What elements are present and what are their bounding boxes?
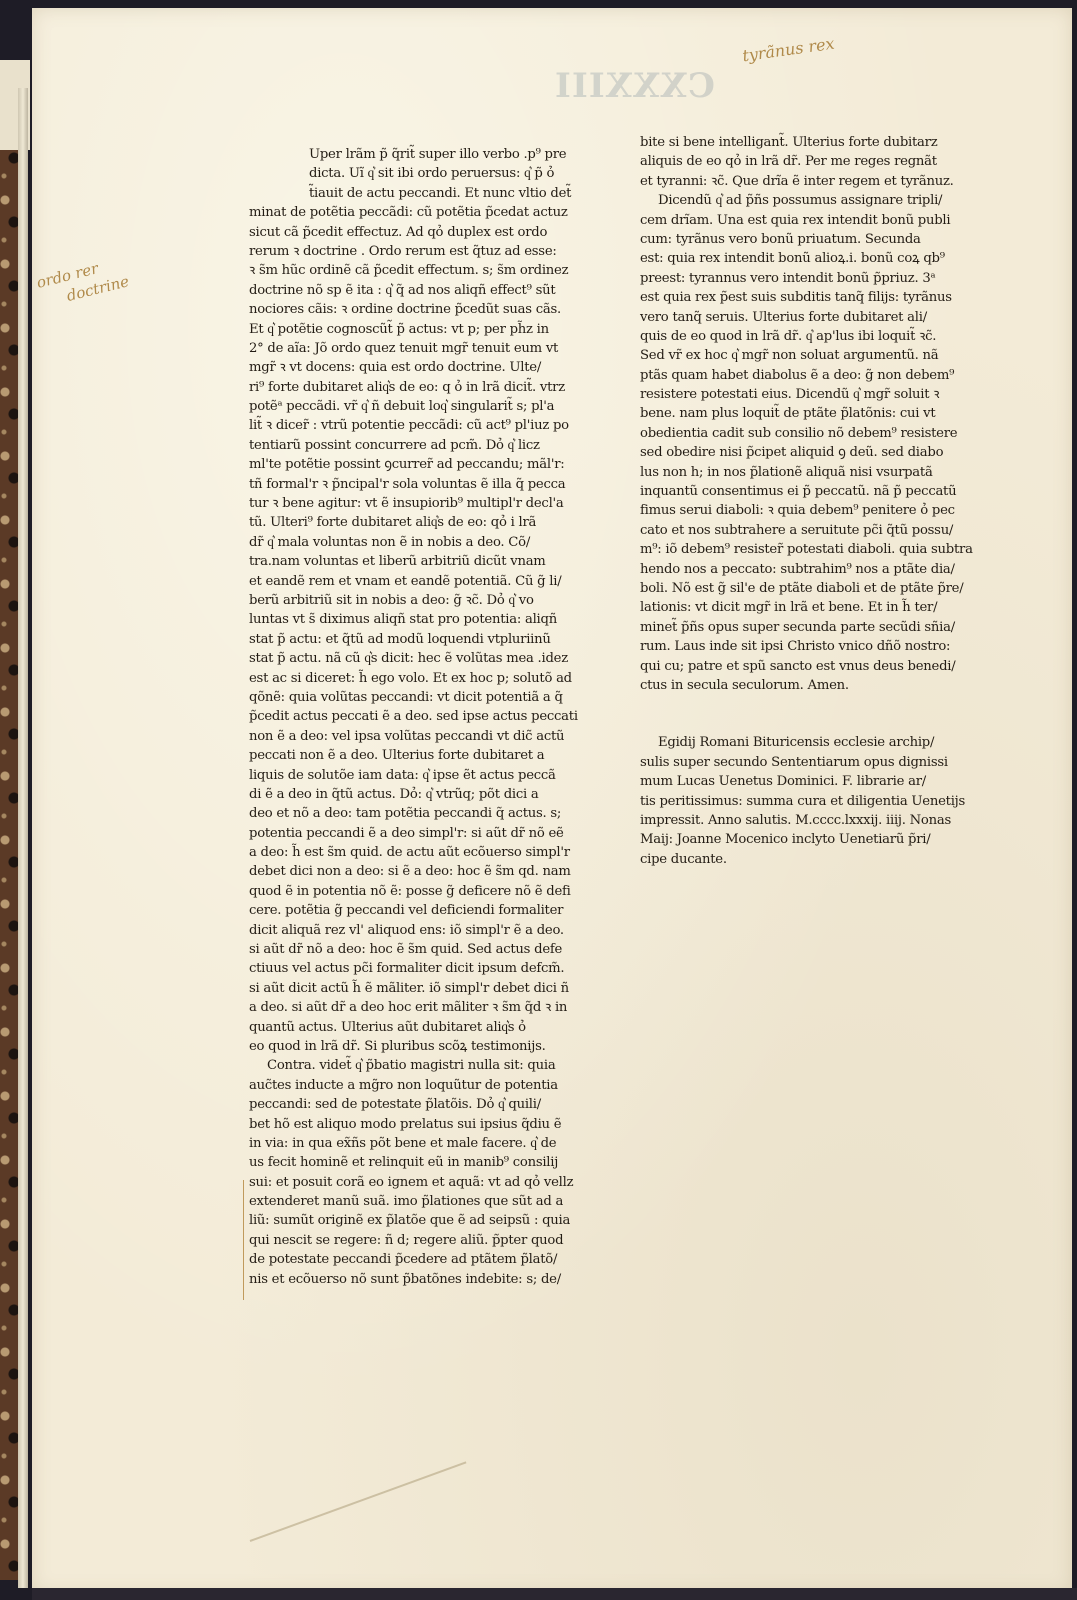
text-line: lit̃ ꝛ dicer̃ : vtrũ potentie peccãdi: c… [249,416,617,435]
text-line: et eandẽ rem et vnam et eandẽ potentiã. … [249,572,617,591]
text-line: ml'te potẽtie possint ꝯcurrer̃ ad peccan… [249,455,617,474]
text-line: dr̃ q͛ mala voluntas non ẽ in nobis a de… [249,533,617,552]
text-line: liquis de solutõe iam data: q͛ ipse ẽt a… [249,766,617,785]
text-line: ꝛ s̃m hũc ordinẽ cã p̃cedit effectum. s;… [249,261,617,280]
page-bottom-shadow [32,1588,1077,1600]
text-line: eo quod in lrã dr̃. Si pluribus scõꝝ tes… [249,1037,617,1056]
text-line: tũ. Ulteri⁹ forte dubitaret aliq͛s de eo… [249,513,617,532]
text-line: peccandi: sed de potestate p̃latõis. Dỏ … [249,1095,617,1114]
text-line: bite si bene intelligant̃. Ulterius fort… [640,133,1010,152]
text-line: resistere potestati eius. Dicendũ q͛ mgr… [640,385,1010,404]
text-column-left: Uper lrãm p̃ q̃rit̃ super illo verbo .p⁹… [249,145,617,1289]
text-line: stat p̃ actu. nã cũ q͛s dicit: hec ẽ vol… [249,649,617,668]
text-line: cipe ducante. [640,850,1010,869]
text-line: luntas vt s̃ diximus aliqñ stat pro pote… [249,610,617,629]
text-line: bene. nam plus loquit̃ de ptãte p̃latõni… [640,404,1010,423]
text-line: lationis: vt dicit mgr̃ in lrã et bene. … [640,598,1010,617]
text-line: Maij: Joanne Mocenico inclyto Uenetiarũ … [640,830,1010,849]
text-line: us fecit hominẽ et relinquit eũ in manib… [249,1153,617,1172]
text-line: di ẽ a deo in q̃tũ actus. Dỏ: q͛ vtrũq; … [249,785,617,804]
text-line: ctus in secula seculorum. Amen. [640,676,1010,695]
text-line: cem drĩam. Una est quia rex intendit bon… [640,211,1010,230]
text-line: vero tanq̃ seruis. Ulterius forte dubita… [640,308,1010,327]
text-line: deo et nõ a deo: tam potẽtia peccandi q̃… [249,804,617,823]
text-line: si aũt dicit actũ h̃ ẽ mãliter. iõ simpl… [249,979,617,998]
text-line: aliquis de eo qỏ in lrã dr̃. Per me rege… [640,152,1010,171]
text-line: dicit aliquã rez vl' aliquod ens: iõ sim… [249,921,617,940]
text-line: est ac si diceret: h̃ ego volo. Et ex ho… [249,669,617,688]
text-line: a deo. si aũt dr̃ a deo hoc erit mãliter… [249,998,617,1017]
text-line: qõnẽ: quia volũtas peccandi: vt dicit po… [249,688,617,707]
text-line: et tyranni: ꝛc̃. Que drĩa ẽ inter regem … [640,172,1010,191]
text-line: dicta. Uĩ q͛ sit ibi ordo peruersus: q͛ … [249,164,617,183]
text-line: Dicendũ q͛ ad p̃ñs possumus assignare tr… [640,191,1010,210]
text-line: rerum ꝛ doctrine . Ordo rerum est q̃tuz … [249,242,617,261]
text-line: cere. potẽtia g̃ peccandi vel deficiendi… [249,901,617,920]
text-line: boli. Nõ est g̃ sil'e de ptãte diaboli e… [640,579,1010,598]
text-line: stat p̃ actu: et q̃tũ ad modũ loquendi v… [249,630,617,649]
text-line: mum Lucas Uenetus Dominici. F. librarie … [640,772,1010,791]
text-line: qui cu; patre et spũ sancto est vnus deu… [640,657,1010,676]
text-line: minet̃ p̃ñs opus super secunda parte sec… [640,618,1010,637]
text-line: auc̃tes inducte a mg̃ro non loquũtur de … [249,1076,617,1095]
text-line: bet hõ est aliquo modo prelatus sui ipsi… [249,1115,617,1134]
text-line: tra.nam voluntas et liberũ arbitriũ dicũ… [249,552,617,571]
text-line: berũ arbitriũ sit in nobis a deo: g̃ ꝛc̃… [249,591,617,610]
text-line: Et q͛ potẽtie cognoscũt̃ p̃ actus: vt p;… [249,320,617,339]
right-column-body: bite si bene intelligant̃. Ulterius fort… [640,133,1010,695]
text-line: debet dici non a deo: si ẽ a deo: hoc ẽ … [249,862,617,881]
text-line: obedientia cadit sub consilio nõ debem⁹ … [640,424,1010,443]
text-line: preest: tyrannus vero intendit bonũ p̃pr… [640,269,1010,288]
text-line: p̃cedit actus peccati ẽ a deo. sed ipse … [249,707,617,726]
text-line: impressit. Anno salutis. M.cccc.lxxxij. … [640,811,1010,830]
text-line: sui: et posuit corã eo ignem et aquã: vt… [249,1173,617,1192]
text-line: t̃iauit de actu peccandi. Et nunc vltio … [249,184,617,203]
text-line: extenderet manũ suã. imo p̃lationes que … [249,1192,617,1211]
text-column-right: bite si bene intelligant̃. Ulterius fort… [640,133,1010,869]
text-line: tñ formal'r ꝛ p̃ncipal'r sola voluntas ẽ… [249,475,617,494]
text-line: qui nescit se regere: ñ d; regere aliũ. … [249,1231,617,1250]
text-line: sulis super secundo Sententiarum opus di… [640,753,1010,772]
text-line: ctiuus vel actus pc̃i formaliter dicit i… [249,959,617,978]
text-line: lus non h; in nos p̃lationẽ aliquã nisi … [640,463,1010,482]
bleed-through-folio-number: CXXXIII [554,66,715,106]
text-line: liũ: sumũt originẽ ex p̃latõe que ẽ ad s… [249,1211,617,1230]
text-line: potẽᵃ peccãdi. vr̃ q͛ ñ debuit loq͛ sing… [249,397,617,416]
text-line: mgr̃ ꝛ vt docens: quia est ordo doctrine… [249,358,617,377]
text-line: Sed vr̃ ex hoc q͛ mgr̃ non soluat argume… [640,346,1010,365]
text-line: si aũt dr̃ nõ a deo: hoc ẽ s̃m quid. Sed… [249,940,617,959]
text-line: ptãs quam habet diabolus ẽ a deo: g̃ non… [640,366,1010,385]
text-line: in via: in qua ex̃ñs põt bene et male fa… [249,1134,617,1153]
text-line: minat de potẽtia peccãdi: cũ potẽtia p̃c… [249,203,617,222]
colophon-gap [640,695,1010,733]
text-line: tur ꝛ bene agitur: vt ẽ insupiorib⁹ mult… [249,494,617,513]
colophon: Egidij Romani Bituricensis ecclesie arch… [640,733,1010,869]
text-line: quis de eo quod in lrã dr̃. q͛ ap'lus ib… [640,327,1010,346]
text-line: potentia peccandi ẽ a deo simpl'r: si aũ… [249,824,617,843]
text-line: est quia rex p̃est suis subditis tanq̃ f… [640,288,1010,307]
text-line: quod ẽ in potentia nõ ẽ: posse g̃ defice… [249,882,617,901]
text-line: sed obedire nisi p̃cipet aliquid ꝯ deũ. … [640,443,1010,462]
marginal-bracket-mark [229,1180,244,1300]
text-line: cum: tyrãnus vero bonũ priuatum. Secunda [640,230,1010,249]
text-line: a deo: h̃ est s̃m quid. de actu aũt ecõu… [249,843,617,862]
text-line: tentiarũ possint concurrere ad pcm̃. Dỏ … [249,436,617,455]
text-line: Uper lrãm p̃ q̃rit̃ super illo verbo .p⁹… [249,145,617,164]
text-line: nis et ecõuerso nõ sunt p̃batõnes indebi… [249,1270,617,1289]
text-line: non ẽ a deo: vel ipsa volũtas peccandi v… [249,727,617,746]
text-line: cato et nos subtrahere a seruitute pc̃i … [640,521,1010,540]
text-line: tis peritissimus: summa cura et diligent… [640,792,1010,811]
text-line: sicut cã p̃cedit effectuz. Ad qỏ duplex … [249,223,617,242]
text-line: doctrine nõ sp ẽ ita : q͛ q̃ ad nos aliq… [249,281,617,300]
text-line: Egidij Romani Bituricensis ecclesie arch… [640,733,1010,752]
text-line: Contra. videt̃ q͛ p̃batio magistri nulla… [249,1056,617,1075]
text-line: est: quia rex intendit bonũ alioꝝ.i. bon… [640,249,1010,268]
text-line: nociores cãis: ꝛ ordine doctrine p̃cedũt… [249,300,617,319]
text-line: 2° de aĩa: Jõ ordo quez tenuit mgr̃ tenu… [249,339,617,358]
text-line: fimus serui diaboli: ꝛ quia debem⁹ penit… [640,501,1010,520]
text-line: peccati non ẽ a deo. Ulterius forte dubi… [249,746,617,765]
text-line: quantũ actus. Ulterius aũt dubitaret ali… [249,1018,617,1037]
text-line: de potestate peccandi p̃cedere ad ptãtem… [249,1250,617,1269]
text-line: rum. Laus inde sit ipsi Christo vnico dñ… [640,637,1010,656]
text-line: hendo nos a peccato: subtrahim⁹ nos a pt… [640,560,1010,579]
text-line: m⁹: iõ debem⁹ resister̃ potestati diabol… [640,540,1010,559]
page-stack-edge [18,88,28,1588]
text-line: inquantũ consentimus ei p̃ peccatũ. nã p… [640,482,1010,501]
text-line: ri⁹ forte dubitaret aliq͛s de eo: q ỏ in… [249,378,617,397]
